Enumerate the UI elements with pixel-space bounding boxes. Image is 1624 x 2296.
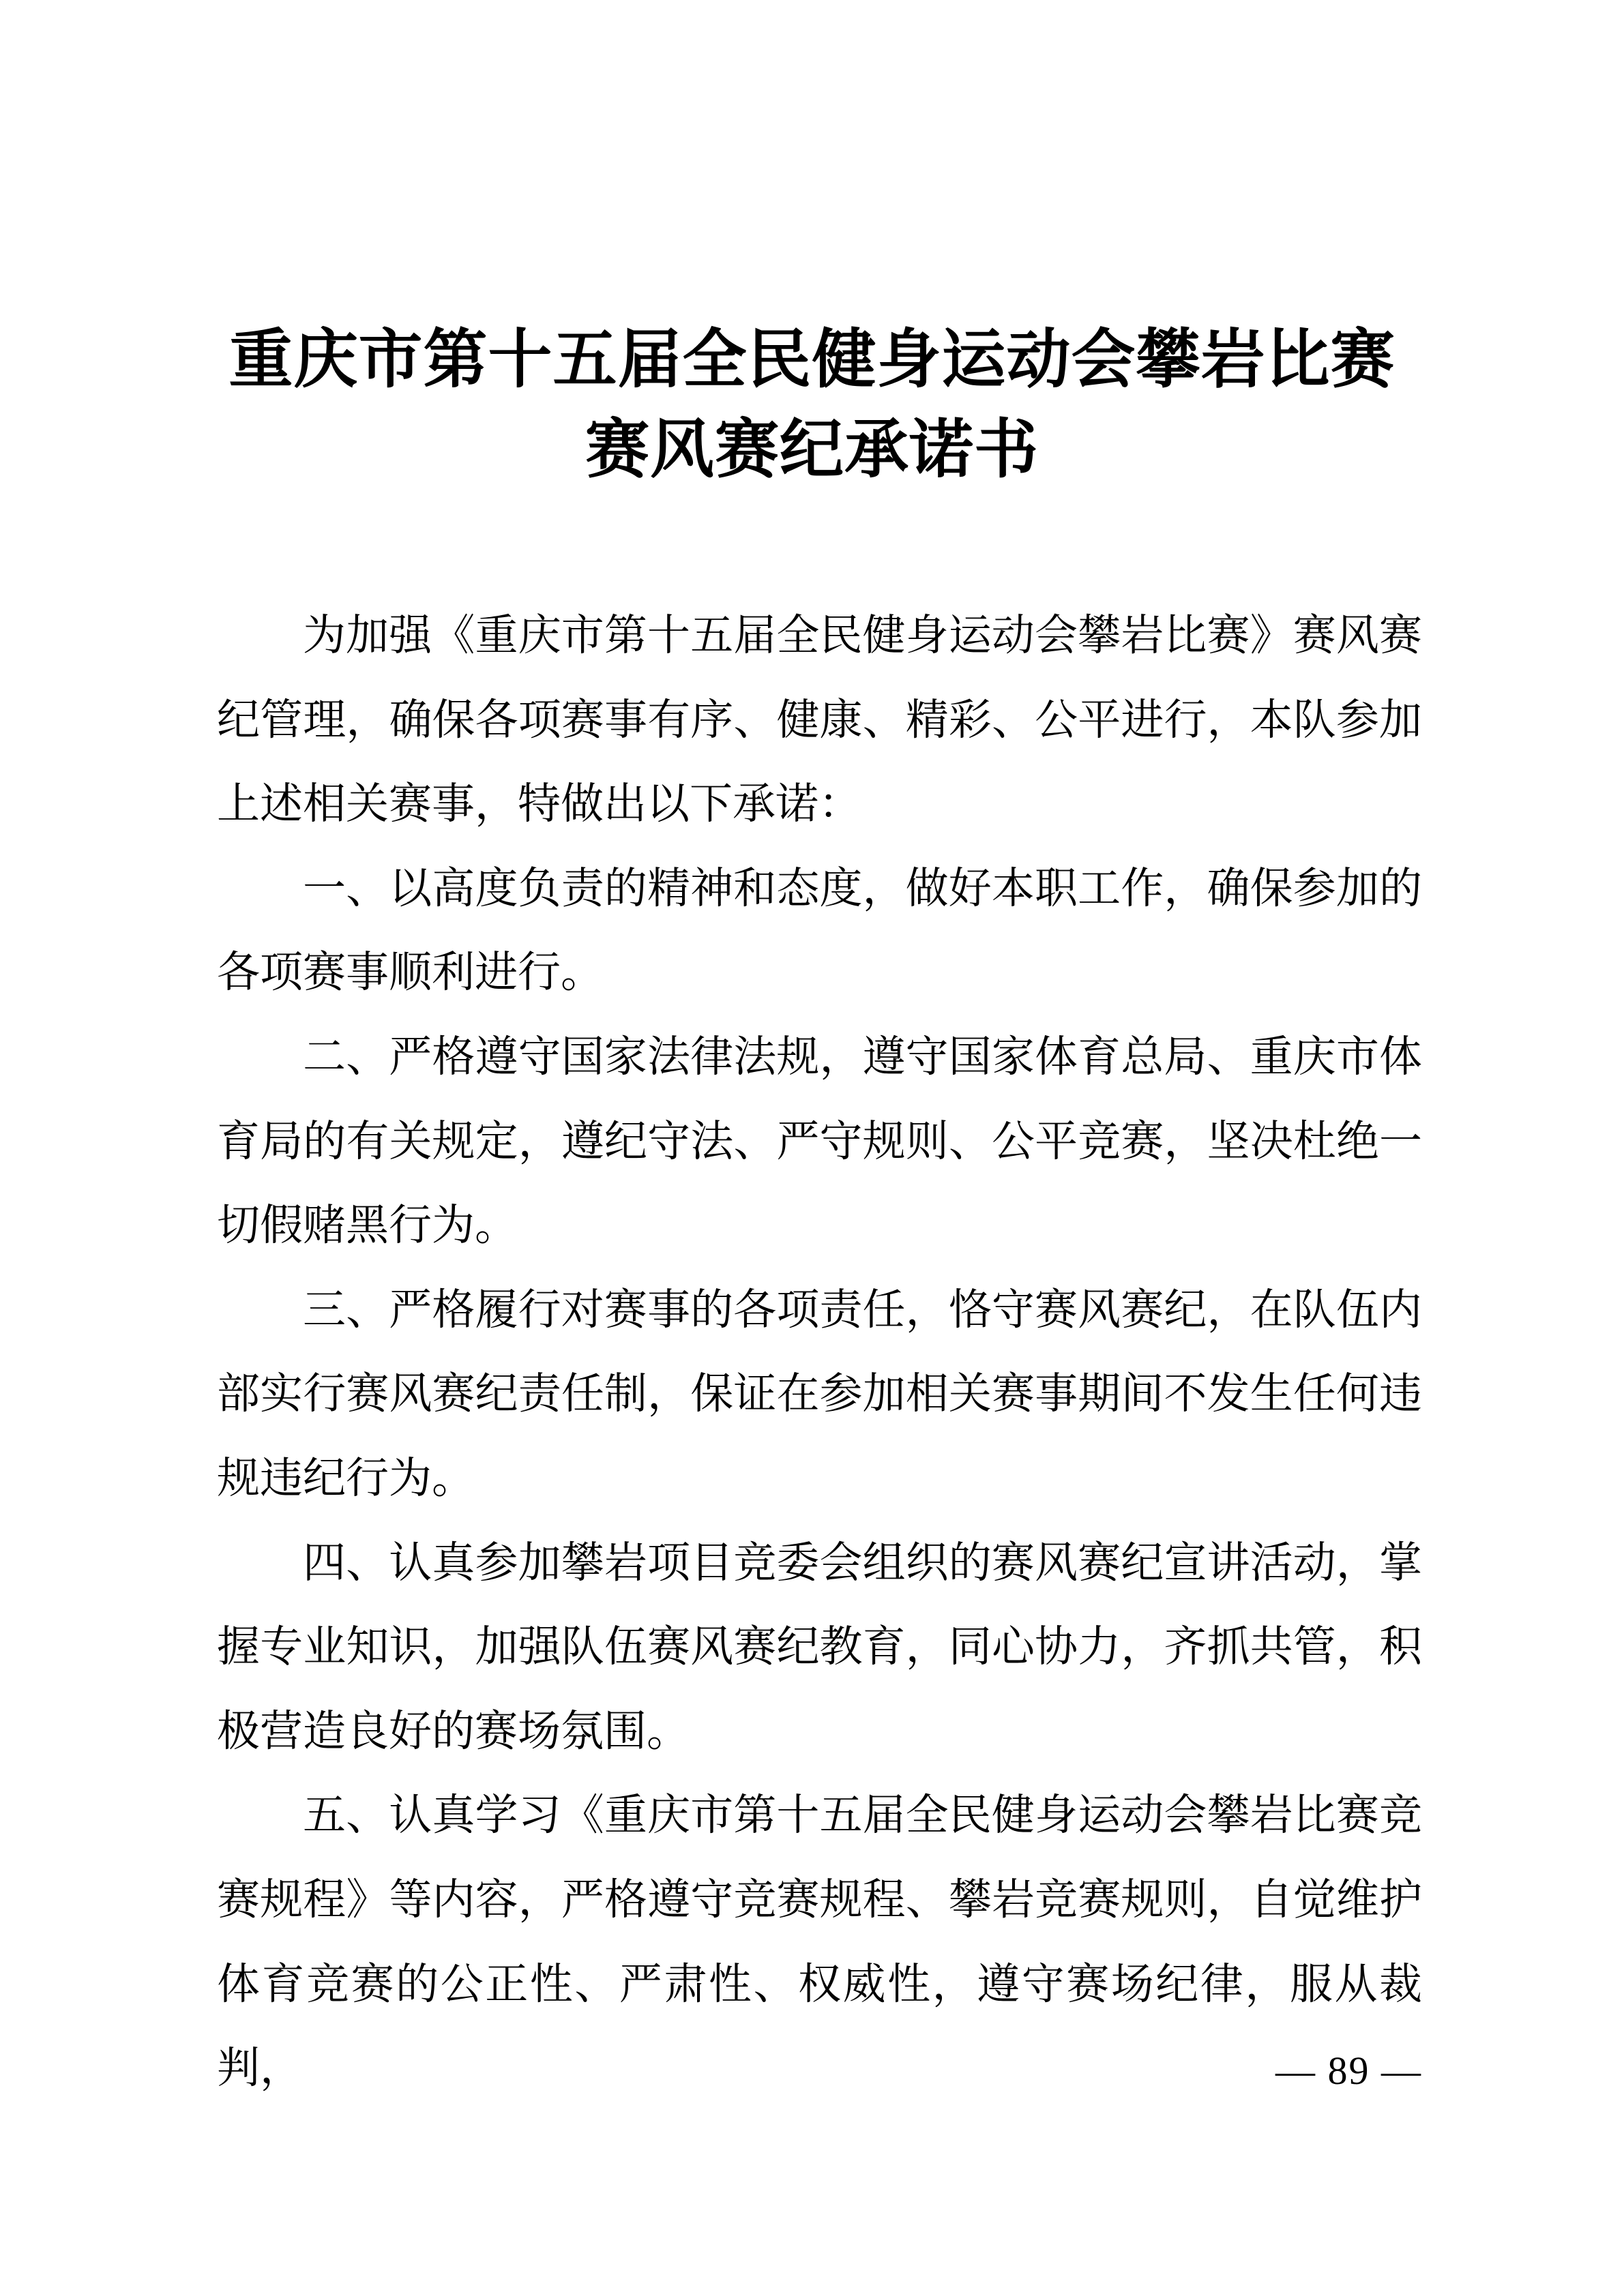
document-title: 重庆市第十五届全民健身运动会攀岩比赛 赛风赛纪承诺书 [209, 315, 1415, 495]
page-footer: — 89 — [217, 2047, 1422, 2095]
title-line-1: 重庆市第十五届全民健身运动会攀岩比赛 [209, 315, 1415, 405]
page-number: — 89 — [1275, 2048, 1422, 2093]
paragraph-intro: 为加强《重庆市第十五届全民健身运动会攀岩比赛》赛风赛纪管理，确保各项赛事有序、健… [217, 594, 1422, 847]
paragraph-item-3: 三、严格履行对赛事的各项责任，恪守赛风赛纪，在队伍内部实行赛风赛纪责任制，保证在… [217, 1268, 1422, 1521]
paragraph-item-4: 四、认真参加攀岩项目竞委会组织的赛风赛纪宣讲活动，掌握专业知识，加强队伍赛风赛纪… [217, 1521, 1422, 1774]
paragraph-item-2: 二、严格遵守国家法律法规，遵守国家体育总局、重庆市体育局的有关规定，遵纪守法、严… [217, 1015, 1422, 1268]
paragraph-item-1: 一、以高度负责的精神和态度，做好本职工作，确保参加的各项赛事顺利进行。 [217, 847, 1422, 1015]
document-body: 为加强《重庆市第十五届全民健身运动会攀岩比赛》赛风赛纪管理，确保各项赛事有序、健… [217, 594, 1422, 2111]
title-line-2: 赛风赛纪承诺书 [209, 405, 1415, 495]
document-page: 重庆市第十五届全民健身运动会攀岩比赛 赛风赛纪承诺书 为加强《重庆市第十五届全民… [0, 0, 1624, 2296]
